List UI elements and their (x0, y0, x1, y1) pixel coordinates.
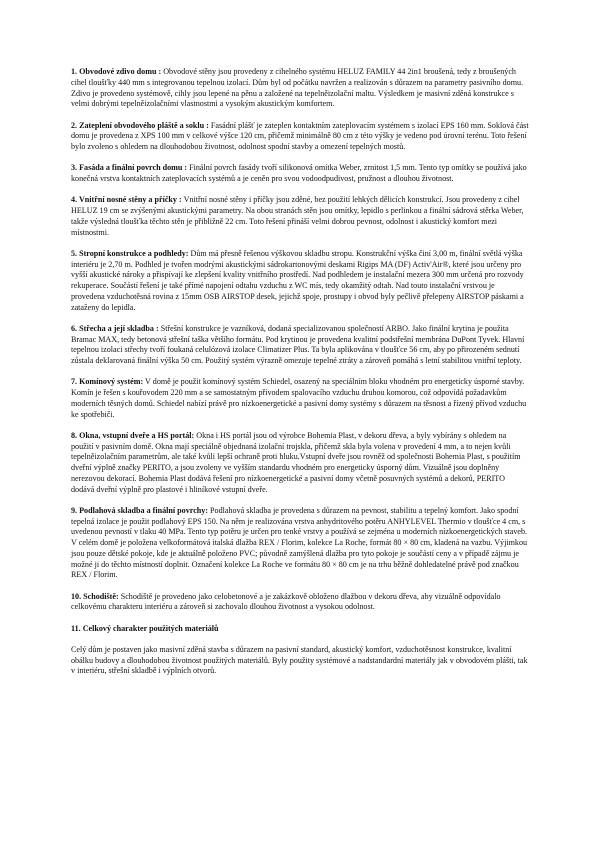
section-heading: 3. Fasáda a finální povrch domu : (71, 163, 187, 172)
section-ceiling: 5. Stropní konstrukce a podhledy: Dům má… (71, 249, 529, 314)
section-heading: 5. Stropní konstrukce a podhledy: (71, 249, 188, 258)
paragraph: 2. Zateplení obvodového pláště a soklu :… (71, 121, 529, 153)
section-windows-doors: 8. Okna, vstupní dveře a HS portál: Okna… (71, 431, 529, 496)
section-insulation: 2. Zateplení obvodového pláště a soklu :… (71, 121, 529, 153)
section-roof: 6. Střecha a její skladba : Střešní kons… (71, 324, 529, 367)
section-heading: 1. Obvodové zdivo domu : (71, 67, 161, 76)
section-flooring: 9. Podlahová skladba a finální povrchy: … (71, 506, 529, 581)
section-interior-walls: 4. Vnitřní nosné stěny a příčky : Vnitřn… (71, 195, 529, 238)
paragraph: 5. Stropní konstrukce a podhledy: Dům má… (71, 249, 529, 314)
paragraph: 6. Střecha a její skladba : Střešní kons… (71, 324, 529, 367)
section-facade: 3. Fasáda a finální povrch domu : Fináln… (71, 163, 529, 185)
section-staircase: 10. Schodiště: Schodiště je provedeno ja… (71, 592, 529, 614)
paragraph: 4. Vnitřní nosné stěny a příčky : Vnitřn… (71, 195, 529, 238)
section-body: Podlahová skladba je provedena s důrazem… (71, 506, 527, 580)
paragraph: 7. Komínový systém: V domě je použit kom… (71, 377, 529, 420)
paragraph: 1. Obvodové zdivo domu : Obvodové stěny … (71, 67, 529, 110)
section-heading: 2. Zateplení obvodového pláště a soklu : (71, 121, 209, 130)
section-heading: 4. Vnitřní nosné stěny a příčky : (71, 195, 182, 204)
paragraph: 9. Podlahová skladba a finální povrchy: … (71, 506, 529, 581)
section-body: Dům má přesně řešenou výškovou skladbu s… (71, 249, 524, 312)
paragraph: Celý dům je postaven jako masivní zděná … (71, 645, 529, 677)
final-section-heading: 11. Celkový charakter použitých materiál… (71, 624, 529, 635)
section-heading: 8. Okna, vstupní dveře a HS portál: (71, 431, 194, 440)
section-heading: 9. Podlahová skladba a finální povrchy: (71, 506, 208, 515)
section-chimney: 7. Komínový systém: V domě je použit kom… (71, 377, 529, 420)
section-heading: 6. Střecha a její skladba : (71, 324, 159, 333)
section-body: Schodiště je provedeno jako celobetonové… (71, 592, 501, 612)
paragraph: 3. Fasáda a finální povrch domu : Fináln… (71, 163, 529, 185)
document-page: 1. Obvodové zdivo domu : Obvodové stěny … (71, 67, 529, 688)
paragraph: 8. Okna, vstupní dveře a HS portál: Okna… (71, 431, 529, 496)
section-body: Okna i HS portál jsou od výrobce Bohemia… (71, 431, 521, 494)
section-heading: 7. Komínový systém: (71, 377, 143, 386)
paragraph: 10. Schodiště: Schodiště je provedeno ja… (71, 592, 529, 614)
section-overall-character: Celý dům je postaven jako masivní zděná … (71, 645, 529, 677)
section-heading: 10. Schodiště: (71, 592, 119, 601)
section-exterior-walls: 1. Obvodové zdivo domu : Obvodové stěny … (71, 67, 529, 110)
